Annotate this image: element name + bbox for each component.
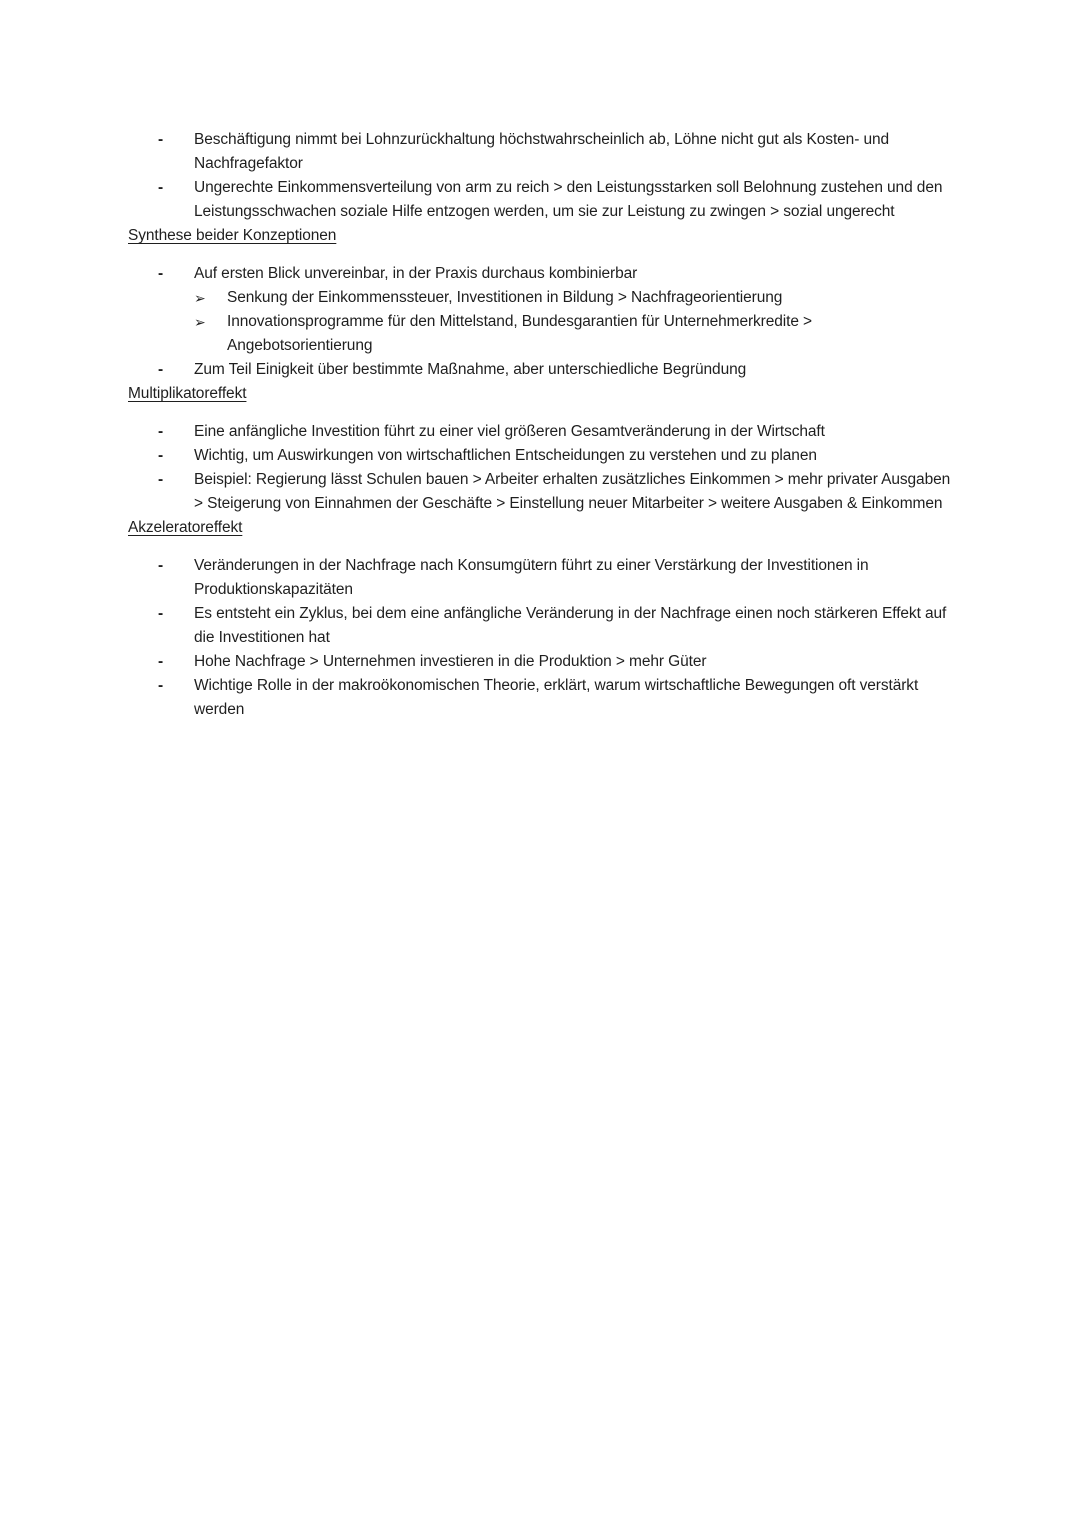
document-page: - Beschäftigung nimmt bei Lohnzurückhalt… (0, 0, 1080, 1527)
list-item-text: Auf ersten Blick unvereinbar, in der Pra… (194, 265, 637, 282)
section-heading: Synthese beider Konzeptionen (128, 224, 958, 248)
dash-bullet-icon: - (158, 554, 163, 578)
dash-bullet-icon: - (158, 674, 163, 698)
dash-bullet-icon: - (158, 444, 163, 468)
section-heading: Multiplikatoreffekt (128, 382, 958, 406)
list-item: - Wichtige Rolle in der makroökonomische… (128, 674, 958, 722)
dash-bullet-icon: - (158, 650, 163, 674)
sub-list-item-text: Senkung der Einkommenssteuer, Investitio… (227, 289, 782, 306)
list-item: - Beispiel: Regierung lässt Schulen baue… (128, 468, 958, 516)
list-item: - Es entsteht ein Zyklus, bei dem eine a… (128, 602, 958, 650)
dash-bullet-icon: - (158, 176, 163, 200)
dash-bullet-icon: - (158, 262, 163, 286)
dash-bullet-icon: - (158, 420, 163, 444)
dash-bullet-icon: - (158, 358, 163, 382)
list-item-text: Ungerechte Einkommensverteilung von arm … (194, 179, 942, 220)
section-list: - Eine anfängliche Investition führt zu … (128, 420, 958, 516)
list-item: - Ungerechte Einkommensverteilung von ar… (128, 176, 958, 224)
list-item-text: Wichtig, um Auswirkungen von wirtschaftl… (194, 447, 817, 464)
list-item-text: Veränderungen in der Nachfrage nach Kons… (194, 557, 869, 598)
section-akzeleratoreffekt: Akzeleratoreffekt - Veränderungen in der… (128, 516, 958, 722)
section-list: - Veränderungen in der Nachfrage nach Ko… (128, 554, 958, 722)
list-item-text: Hohe Nachfrage > Unternehmen investieren… (194, 653, 706, 670)
list-item-text: Wichtige Rolle in der makroökonomischen … (194, 677, 918, 718)
dash-bullet-icon: - (158, 602, 163, 626)
arrowhead-bullet-icon: ➢ (194, 286, 206, 310)
list-item: - Zum Teil Einigkeit über bestimmte Maßn… (128, 358, 958, 382)
list-item-text: Zum Teil Einigkeit über bestimmte Maßnah… (194, 361, 746, 378)
dash-bullet-icon: - (158, 128, 163, 152)
intro-list: - Beschäftigung nimmt bei Lohnzurückhalt… (128, 128, 958, 224)
section-multiplikatoreffekt: Multiplikatoreffekt - Eine anfängliche I… (128, 382, 958, 516)
section-heading: Akzeleratoreffekt (128, 516, 958, 540)
section-synthese: Synthese beider Konzeptionen - Auf erste… (128, 224, 958, 382)
list-item: - Hohe Nachfrage > Unternehmen investier… (128, 650, 958, 674)
section-list: - Auf ersten Blick unvereinbar, in der P… (128, 262, 958, 382)
list-item-text: Beispiel: Regierung lässt Schulen bauen … (194, 471, 950, 512)
sub-list-item: ➢ Innovationsprogramme für den Mittelsta… (194, 310, 958, 358)
list-item: - Eine anfängliche Investition führt zu … (128, 420, 958, 444)
list-item-text: Es entsteht ein Zyklus, bei dem eine anf… (194, 605, 946, 646)
list-item-text: Beschäftigung nimmt bei Lohnzurückhaltun… (194, 131, 889, 172)
list-item: - Auf ersten Blick unvereinbar, in der P… (128, 262, 958, 358)
arrowhead-bullet-icon: ➢ (194, 310, 206, 334)
list-item-text: Eine anfängliche Investition führt zu ei… (194, 423, 825, 440)
dash-bullet-icon: - (158, 468, 163, 492)
list-item: - Wichtig, um Auswirkungen von wirtschaf… (128, 444, 958, 468)
list-item: - Beschäftigung nimmt bei Lohnzurückhalt… (128, 128, 958, 176)
sub-list-item-text: Innovationsprogramme für den Mittelstand… (227, 313, 812, 354)
document-body: - Beschäftigung nimmt bei Lohnzurückhalt… (128, 128, 958, 722)
sub-list-item: ➢ Senkung der Einkommenssteuer, Investit… (194, 286, 958, 310)
sub-list: ➢ Senkung der Einkommenssteuer, Investit… (194, 286, 958, 358)
list-item: - Veränderungen in der Nachfrage nach Ko… (128, 554, 958, 602)
